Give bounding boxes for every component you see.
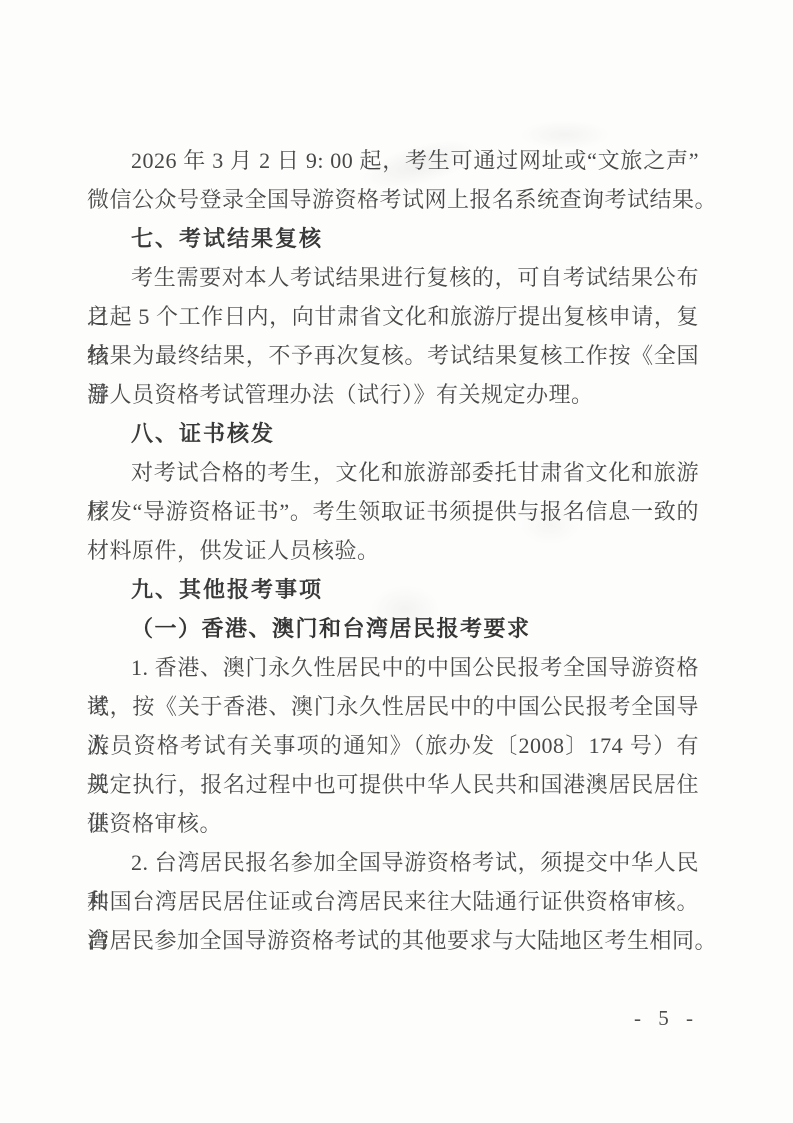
paragraph-line: 和国台湾居民居住证或台湾居民来往大陆通行证供资格审核。台: [87, 882, 699, 921]
paragraph-line: 核发“导游资格证书”。考生领取证书须提供与报名信息一致的: [87, 492, 699, 531]
section-heading: 八、证书核发: [87, 414, 699, 453]
section-heading: 七、考试结果复核: [87, 219, 699, 258]
paragraph-line: 试，按《关于香港、澳门永久性居民中的中国公民报考全国导游: [87, 687, 699, 726]
paragraph-line: 1. 香港、澳门永久性居民中的中国公民报考全国导游资格考: [87, 648, 699, 687]
paragraph-line: 材料原件，供发证人员核验。: [87, 531, 699, 570]
paragraph-line: 微信公众号登录全国导游资格考试网上报名系统查询考试结果。: [87, 180, 699, 219]
paragraph-line: 人员资格考试有关事项的通知》（旅办发〔2008〕174 号）有关: [87, 726, 699, 765]
paragraph-line: 2. 台湾居民报名参加全国导游资格考试，须提交中华人民共: [87, 843, 699, 882]
section-heading: 九、其他报考事项: [87, 570, 699, 609]
paragraph-line: 2026 年 3 月 2 日 9: 00 起，考生可通过网址或“文旅之声”: [87, 141, 699, 180]
paragraph-line: 规定执行，报名过程中也可提供中华人民共和国港澳居民居住证: [87, 765, 699, 804]
paragraph-line: 考生需要对本人考试结果进行复核的，可自考试结果公布之: [87, 258, 699, 297]
paragraph-line: 供资格审核。: [87, 804, 699, 843]
paragraph-line: 日起 5 个工作日内，向甘肃省文化和旅游厅提出复核申请，复核: [87, 297, 699, 336]
paragraph-line: 游人员资格考试管理办法（试行）》有关规定办理。: [87, 375, 699, 414]
page-number: - 5 -: [634, 1006, 699, 1031]
document-body: 2026 年 3 月 2 日 9: 00 起，考生可通过网址或“文旅之声”微信公…: [87, 141, 699, 960]
scanned-document-page: 2026 年 3 月 2 日 9: 00 起，考生可通过网址或“文旅之声”微信公…: [0, 0, 793, 1123]
paragraph-line: 湾居民参加全国导游资格考试的其他要求与大陆地区考生相同。: [87, 921, 699, 960]
paragraph-line: 对考试合格的考生，文化和旅游部委托甘肃省文化和旅游厅: [87, 453, 699, 492]
paragraph-line: 结果为最终结果，不予再次复核。考试结果复核工作按《全国导: [87, 336, 699, 375]
sub-heading: （一）香港、澳门和台湾居民报考要求: [87, 609, 699, 648]
